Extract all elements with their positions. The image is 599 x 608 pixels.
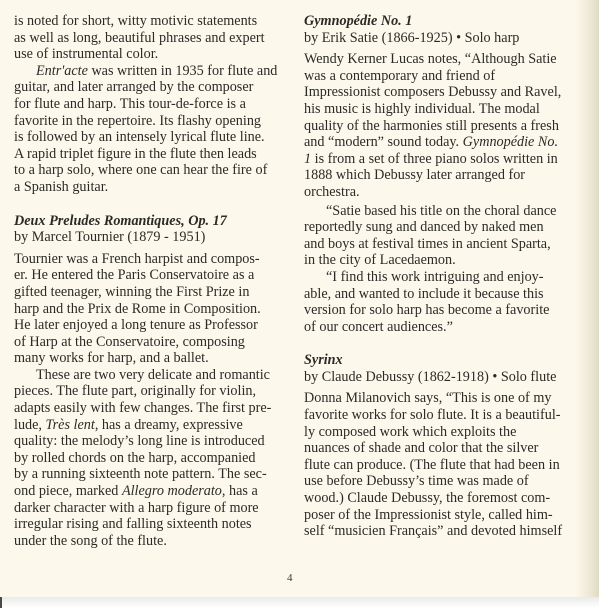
section-composer: by Claude Debussy (1862-1918) • Solo flu… <box>304 369 576 386</box>
text-line: to a harp solo, where one can hear the f… <box>14 162 290 179</box>
intro-paragraph: is noted for short, witty motivic statem… <box>14 13 290 63</box>
text-line: adapts easily with few changes. The firs… <box>14 400 290 417</box>
text-fragment: and “modern” sound today. <box>304 134 463 150</box>
text-line: “Satie based his title on the choral dan… <box>304 203 576 220</box>
text-line: irregular rising and falling sixteenth n… <box>14 516 290 533</box>
text-line: Impressionist composers Debussy and Rave… <box>304 84 576 101</box>
section-title: Gymnopédie No. 1 <box>304 13 576 30</box>
text-line: 1 is from a set of three piano solos wri… <box>304 151 576 168</box>
page-number: 4 <box>287 572 293 584</box>
text-line: by rolled chords on the harp, accompanie… <box>14 450 290 467</box>
text-line: pieces. The flute part, originally for v… <box>14 383 290 400</box>
text-line: in the city of Lacedaemon. <box>304 252 576 269</box>
text-line: for flute and harp. This tour-de-force i… <box>14 96 290 113</box>
text-line: nuances of shade and color that the silv… <box>304 440 576 457</box>
section-title: Deux Preludes Romantiques, Op. 17 <box>14 213 290 230</box>
text-line: favorite works for solo flute. It is a b… <box>304 407 576 424</box>
satie-quote-paragraph: “I find this work intriguing and enjoy- … <box>304 269 576 335</box>
text-line: flute can produce. (The flute that had b… <box>304 457 576 474</box>
text-line: harp and the Prix de Rome in Composition… <box>14 301 290 318</box>
text-line: Tournier was a French harpist and compos… <box>14 251 290 268</box>
satie-section: Gymnopédie No. 1 by Erik Satie (1866-192… <box>304 13 576 335</box>
debussy-section: Syrinx by Claude Debussy (1862-1918) • S… <box>304 352 576 540</box>
left-column: is noted for short, witty motivic statem… <box>14 13 290 549</box>
text-line: “I find this work intriguing and enjoy- <box>304 269 576 286</box>
text-line: poser of the Impressionist style, called… <box>304 507 576 524</box>
right-column: Gymnopédie No. 1 by Erik Satie (1866-192… <box>304 13 576 540</box>
text-line: use of instrumental color. <box>14 46 290 63</box>
text-line: reportedly sung and danced by naked men <box>304 219 576 236</box>
text-line: quality of the harmonies still presents … <box>304 118 576 135</box>
text-line: many works for harp, and a ballet. <box>14 350 290 367</box>
tempo-marking: Allegro moderato <box>122 483 222 499</box>
text-line: favorite in the repertoire. Its flashy o… <box>14 113 290 130</box>
text-line: ond piece, marked Allegro moderato, has … <box>14 483 290 500</box>
text-line: wood.) Claude Debussy, the foremost com- <box>304 490 576 507</box>
text-line: able, and wanted to include it because t… <box>304 286 576 303</box>
entracte-paragraph: Entr'acte was written in 1935 for flute … <box>14 63 290 196</box>
text-fragment: is from a set of three piano solos writt… <box>311 151 558 167</box>
text-line: is noted for short, witty motivic statem… <box>14 13 290 30</box>
tournier-pieces-paragraph: These are two very delicate and romantic… <box>14 367 290 550</box>
tournier-section: Deux Preludes Romantiques, Op. 17 by Mar… <box>14 213 290 550</box>
booklet-page: is noted for short, witty motivic statem… <box>0 0 599 597</box>
page-edge-mark <box>0 597 2 608</box>
page-bottom-edge <box>0 597 599 608</box>
text-line: of our concert audiences.” <box>304 319 576 336</box>
text-line: orchestra. <box>304 184 576 201</box>
section-composer: by Erik Satie (1866-1925) • Solo harp <box>304 30 576 47</box>
text-line: and “modern” sound today. Gymnopédie No. <box>304 134 576 151</box>
satie-title-origin-paragraph: “Satie based his title on the choral dan… <box>304 203 576 269</box>
section-composer: by Marcel Tournier (1879 - 1951) <box>14 229 290 246</box>
text-line: his music is highly individual. The moda… <box>304 101 576 118</box>
text-line: Donna Milanovich says, “This is one of m… <box>304 390 576 407</box>
debussy-notes-paragraph: Donna Milanovich says, “This is one of m… <box>304 390 576 539</box>
text-line: of Harp at the Conservatoire, composing <box>14 334 290 351</box>
tournier-bio-paragraph: Tournier was a French harpist and compos… <box>14 251 290 367</box>
text-fragment: was written in 1935 for flute and <box>88 63 278 79</box>
text-line: He later enjoyed a long tenure as Profes… <box>14 317 290 334</box>
text-line: ly composed work which exploits the <box>304 424 576 441</box>
section-title: Syrinx <box>304 352 576 369</box>
text-fragment: lude, <box>14 417 46 433</box>
text-line: 1888 which Debussy later arranged for <box>304 167 576 184</box>
text-line: Wendy Kerner Lucas notes, “Although Sati… <box>304 51 576 68</box>
text-line: and boys at festival times in ancient Sp… <box>304 236 576 253</box>
text-line: was a contemporary and friend of <box>304 68 576 85</box>
text-fragment: ond piece, marked <box>14 483 122 499</box>
tempo-marking: Très lent <box>46 417 95 433</box>
text-line: Entr'acte was written in 1935 for flute … <box>14 63 290 80</box>
text-line: is followed by an intensely lyrical flut… <box>14 129 290 146</box>
text-line: darker character with a harp figure of m… <box>14 500 290 517</box>
text-fragment: , has a dreamy, expressive <box>95 417 243 433</box>
satie-notes-paragraph: Wendy Kerner Lucas notes, “Although Sati… <box>304 51 576 200</box>
text-line: lude, Très lent, has a dreamy, expressiv… <box>14 417 290 434</box>
text-line: as well as long, beautiful phrases and e… <box>14 30 290 47</box>
text-line: version for solo harp has become a favor… <box>304 302 576 319</box>
text-line: er. He entered the Paris Conservatoire a… <box>14 267 290 284</box>
work-title-inline: Entr'acte <box>36 63 88 79</box>
work-title-inline: Gymnopédie No. <box>463 134 558 150</box>
text-line: by a running sixteenth note pattern. The… <box>14 466 290 483</box>
text-line: a Spanish guitar. <box>14 179 290 196</box>
text-line: A rapid triplet figure in the flute then… <box>14 146 290 163</box>
text-line: guitar, and later arranged by the compos… <box>14 79 290 96</box>
text-line: use before Debussy’s time was made of <box>304 473 576 490</box>
text-line: self “musicien Français” and devoted him… <box>304 523 576 540</box>
text-line: under the song of the flute. <box>14 533 290 550</box>
text-line: These are two very delicate and romantic <box>14 367 290 384</box>
text-line: gifted teenager, winning the First Prize… <box>14 284 290 301</box>
page-edge-shadow <box>575 0 599 597</box>
text-fragment: , has a <box>222 483 258 499</box>
text-line: quality: the melody’s long line is intro… <box>14 433 290 450</box>
